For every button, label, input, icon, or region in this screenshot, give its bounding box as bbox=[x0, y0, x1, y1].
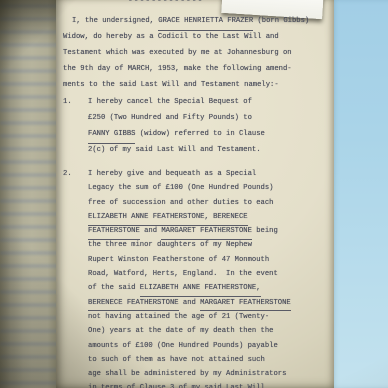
clauses: 1.I hereby cancel the Special Bequest of… bbox=[63, 94, 291, 388]
dashed-rule: ------------- bbox=[128, 0, 203, 5]
underlined-name: FANNY GIBBS bbox=[88, 126, 135, 144]
typed-line: I, the undersigned, GRACE HENRIETTA FRAZ… bbox=[63, 13, 309, 29]
typed-text: Legacy the sum of £100 (One Hundred Poun… bbox=[88, 181, 273, 195]
typed-line: age shall be administered by my Administ… bbox=[88, 367, 291, 381]
left-page-shadow bbox=[0, 0, 58, 46]
clause-number: 1. bbox=[63, 94, 88, 110]
clause-body: I hereby give and bequeath as a SpecialL… bbox=[88, 167, 291, 388]
typed-text: Road, Watford, Herts, England. In the ev… bbox=[88, 267, 278, 281]
typed-text: amounts of £100 (One Hundred Pounds) pay… bbox=[88, 339, 278, 353]
typed-text: Widow, do hereby as a Codicil to the Las… bbox=[63, 29, 279, 45]
typed-text: 2(c) of my said Last Will and Testament. bbox=[88, 142, 261, 158]
typed-text: I, the undersigned, bbox=[72, 13, 158, 29]
typed-line: Widow, do hereby as a Codicil to the Las… bbox=[63, 29, 309, 45]
typed-line: £250 (Two Hundred and Fifty Pounds) to bbox=[88, 110, 265, 126]
typed-line: ments to the said Last Will and Testamen… bbox=[63, 77, 309, 93]
typed-line: of the said ELIZABETH ANNE FEATHERSTONE, bbox=[88, 281, 291, 295]
clause-body: I hereby cancel the Special Bequest of£2… bbox=[88, 94, 265, 158]
typed-text: free of succession and other duties to e… bbox=[88, 196, 273, 210]
typed-text: in terms of Clause 3 of my said Last Wil… bbox=[88, 381, 265, 388]
typed-text: of the said bbox=[88, 281, 140, 295]
typed-line: Testament which was executed by me at Jo… bbox=[63, 45, 309, 61]
typed-line: BERENECE FEATHERSTONE and MARGARET FEATH… bbox=[88, 296, 291, 310]
typed-line: not having attained the age of 21 (Twent… bbox=[88, 310, 291, 324]
typed-text: Testament which was executed by me at Jo… bbox=[63, 45, 292, 61]
typed-line: 2(c) of my said Last Will and Testament. bbox=[88, 142, 265, 158]
typed-line: I hereby give and bequeath as a Special bbox=[88, 167, 291, 181]
typed-line: amounts of £100 (One Hundred Pounds) pay… bbox=[88, 339, 291, 353]
typed-line: One) years at the date of my death then … bbox=[88, 324, 291, 338]
typed-line: Road, Watford, Herts, England. In the ev… bbox=[88, 267, 291, 281]
typed-text: (born Gibbs) bbox=[253, 13, 309, 29]
typed-text: ments to the said Last Will and Testamen… bbox=[63, 77, 279, 93]
typed-line: the 9th day of MARCH, 1953, make the fol… bbox=[63, 61, 309, 77]
typed-text: age shall be administered by my Administ… bbox=[88, 367, 286, 381]
typed-text: and bbox=[179, 296, 201, 310]
typed-line: free of succession and other duties to e… bbox=[88, 196, 291, 210]
left-page-edge bbox=[0, 0, 58, 388]
show-through-text-lines bbox=[0, 0, 58, 388]
typed-line: ELIZABETH ANNE FEATHERSTONE, BERENECE bbox=[88, 210, 291, 224]
typed-text: One) years at the date of my death then … bbox=[88, 324, 273, 338]
typed-text: I hereby give and bequeath as a Special bbox=[88, 167, 256, 181]
typed-line: the three minor daughters of my Nephew bbox=[88, 238, 291, 252]
typed-text: the 9th day of MARCH, 1953, make the fol… bbox=[63, 61, 292, 77]
typed-text: I hereby cancel the Special Bequest of bbox=[88, 94, 252, 110]
typed-line: in terms of Clause 3 of my said Last Wil… bbox=[88, 381, 291, 388]
typed-text: not having attained the age of 21 (Twent… bbox=[88, 310, 269, 324]
typed-text: and bbox=[140, 224, 162, 238]
typed-line: I hereby cancel the Special Bequest of bbox=[88, 94, 265, 110]
typed-line: Legacy the sum of £100 (One Hundred Poun… bbox=[88, 181, 291, 195]
photograph-of-codicil-document: { "document": { "dashes": "-------------… bbox=[0, 0, 388, 388]
typed-text: being bbox=[252, 224, 278, 238]
clause-2: 2.I hereby give and bequeath as a Specia… bbox=[63, 167, 291, 388]
typed-text: £250 (Two Hundred and Fifty Pounds) to bbox=[88, 110, 252, 126]
typed-content: ------------- I, the undersigned, GRACE … bbox=[56, 0, 334, 388]
opening-paragraph: I, the undersigned, GRACE HENRIETTA FRAZ… bbox=[63, 13, 309, 93]
typed-line: Rupert Winston Featherstone of 47 Monmou… bbox=[88, 253, 291, 267]
typed-text: (widow) referred to in Clause bbox=[135, 126, 264, 142]
typed-text: Rupert Winston Featherstone of 47 Monmou… bbox=[88, 253, 269, 267]
typed-line: FANNY GIBBS (widow) referred to in Claus… bbox=[88, 126, 265, 142]
blue-paper-backing bbox=[330, 0, 388, 388]
typed-text: the three minor daughters of my Nephew bbox=[88, 238, 252, 252]
typed-line: to such of them as have not attained suc… bbox=[88, 353, 291, 367]
clause-number: 2. bbox=[63, 167, 88, 181]
typed-text: to such of them as have not attained suc… bbox=[88, 353, 265, 367]
underlined-name: GRACE HENRIETTA FRAZER bbox=[158, 13, 253, 31]
typed-line: FEATHERSTONE and MARGARET FEATHERSTONE b… bbox=[88, 224, 291, 238]
clause-1: 1.I hereby cancel the Special Bequest of… bbox=[63, 94, 291, 158]
